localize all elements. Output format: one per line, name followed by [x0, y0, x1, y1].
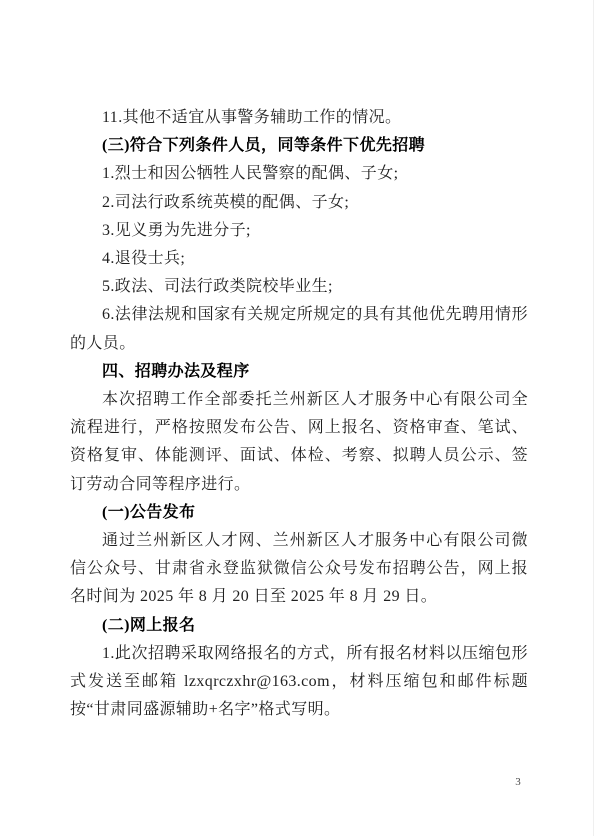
section-heading: (一)公告发布 — [70, 499, 528, 527]
paragraph: 2.司法行政系统英模的配偶、子女; — [70, 189, 528, 217]
section-heading: (二)网上报名 — [70, 612, 528, 640]
document-page: 11.其他不适宜从事警务辅助工作的情况。(三)符合下列条件人员，同等条件下优先招… — [0, 0, 595, 836]
paragraph: 3.见义勇为先进分子; — [70, 217, 528, 245]
paragraph: 1.此次招聘采取网络报名的方式，所有报名材料以压缩包形式发送至邮箱 lzxqrc… — [70, 640, 528, 725]
paragraph: 4.退役士兵; — [70, 245, 528, 273]
page-number: 3 — [511, 775, 525, 789]
document-body: 11.其他不适宜从事警务辅助工作的情况。(三)符合下列条件人员，同等条件下优先招… — [70, 104, 528, 724]
paragraph: 1.烈士和因公牺牲人民警察的配偶、子女; — [70, 160, 528, 188]
section-heading: 四、招聘办法及程序 — [70, 358, 528, 386]
paragraph: 11.其他不适宜从事警务辅助工作的情况。 — [70, 104, 528, 132]
section-heading: (三)符合下列条件人员，同等条件下优先招聘 — [70, 132, 528, 160]
paragraph: 5.政法、司法行政类院校毕业生; — [70, 273, 528, 301]
scan-edge-line — [593, 0, 594, 836]
paragraph: 6.法律法规和国家有关规定所规定的具有其他优先聘用情形的人员。 — [70, 301, 528, 357]
paragraph: 本次招聘工作全部委托兰州新区人才服务中心有限公司全流程进行，严格按照发布公告、网… — [70, 386, 528, 499]
paragraph: 通过兰州新区人才网、兰州新区人才服务中心有限公司微信公众号、甘肃省永登监狱微信公… — [70, 527, 528, 612]
